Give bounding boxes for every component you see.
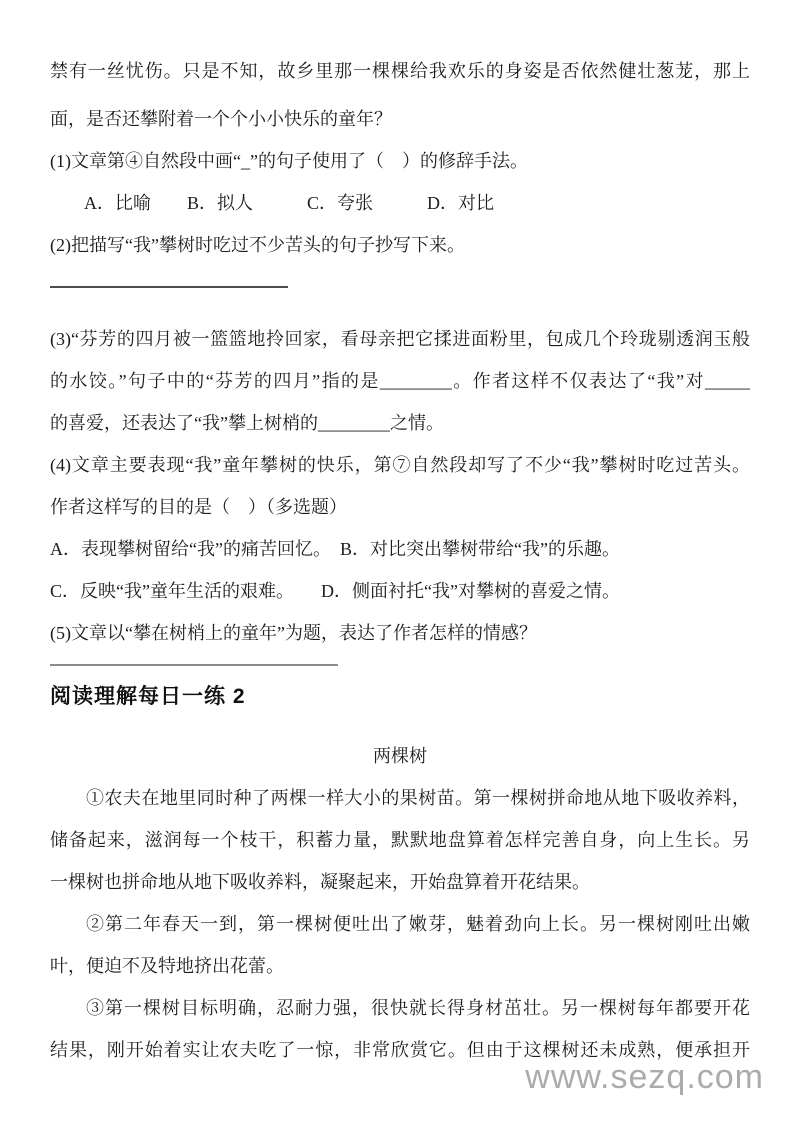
question-3: (3)“芬芳的四月被一篮篮地拎回家，看母亲把它揉进面粉里，包成几个玲珑剔透润玉般 — [50, 318, 750, 360]
passage-paragraph-3: ③第一棵树目标明确，忍耐力强，很快就长得身材茁壮。另一棵树每年都要开花 — [50, 987, 750, 1029]
question-5: (5)文章以“攀在树梢上的童年”为题，表达了作者怎样的情感？ — [50, 612, 750, 654]
question-4-options-cd: C．反映“我”童年生活的艰难。 D．侧面衬托“我”对攀树的喜爱之情。 — [50, 570, 750, 612]
watermark: www.sezq.com — [525, 1058, 764, 1097]
passage-line: 面，是否还攀附着一个个小小快乐的童年？ — [50, 98, 750, 140]
document-page: 禁有一丝忧伤。只是不知，故乡里那一棵棵给我欢乐的身姿是否依然健壮葱茏，那上面，是… — [50, 50, 750, 1071]
document-lines: 禁有一丝忧伤。只是不知，故乡里那一棵棵给我欢乐的身姿是否依然健壮葱茏，那上面，是… — [50, 50, 750, 1071]
passage-line: 禁有一丝忧伤。只是不知，故乡里那一棵棵给我欢乐的身姿是否依然健壮葱茏，那上 — [50, 50, 750, 92]
passage-paragraph-2: 叶，便迫不及特地挤出花蕾。 — [50, 945, 750, 987]
passage-paragraph-1: ①农夫在地里同时种了两棵一样大小的果树苗。第一棵树拼命地从地下吸收养料， — [50, 777, 750, 819]
passage-title: 两棵树 — [50, 735, 750, 777]
question-4-line2: 作者这样写的目的是（ ）（多选题） — [50, 486, 750, 528]
passage-paragraph-1: 储备起来，滋润每一个枝干，积蓄力量，默默地盘算着怎样完善自身，向上生长。另 — [50, 819, 750, 861]
question-1-options: A．比喻 B．拟人 C．夸张 D．对比 — [50, 182, 750, 224]
question-4-options-ab: A．表现攀树留给“我”的痛苦回忆。 B．对比突出攀树带给“我”的乐趣。 — [50, 528, 750, 570]
passage-paragraph-1: 一棵树也拼命地从地下吸收养料，凝聚起来，开始盘算着开花结果。 — [50, 861, 750, 903]
question-3-line2: 的水饺。”句子中的“芬芳的四月”指的是________。作者这样不仅表达了“我”… — [50, 360, 750, 402]
answer-line — [50, 286, 288, 288]
question-4: (4)文章主要表现“我”童年攀树的快乐，第⑦自然段却写了不少“我”攀树时吃过苦头… — [50, 444, 750, 486]
passage-paragraph-2: ②第二年春天一到，第一棵树便吐出了嫩芽，魅着劲向上长。另一棵树刚吐出嫩 — [50, 903, 750, 945]
question-2: (2)把描写“我”攀树时吃过不少苦头的句子抄写下来。 — [50, 224, 750, 266]
answer-line — [50, 664, 338, 666]
question-3-line3: 的喜爱，还表达了“我”攀上树梢的________之情。 — [50, 402, 750, 444]
question-1: (1)文章第④自然段中画“_”的句子使用了（ ）的修辞手法。 — [50, 140, 750, 182]
section-heading: 阅读理解每日一练 2 — [50, 682, 750, 712]
